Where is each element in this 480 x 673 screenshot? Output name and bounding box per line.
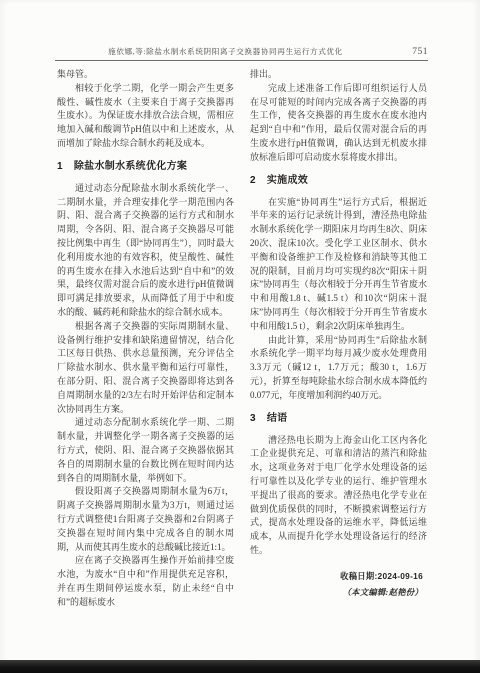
- paragraph: 相较于化学二期，化学一期会产生更多酸性、碱性废水（主要来自于离子交换器再生废水）…: [57, 82, 234, 151]
- left-column: 集母管。 相较于化学二期，化学一期会产生更多酸性、碱性废水（主要来自于离子交换器…: [57, 68, 234, 658]
- right-column: 排出。 完成上述准备工作后即可组织运行人员在尽可能短的时间内完成各离子交换器的再…: [250, 68, 427, 658]
- section-number: 3: [250, 413, 256, 424]
- section-heading-3: 3结语: [250, 413, 427, 425]
- paragraph: 完成上述准备工作后即可组织运行人员在尽可能短的时间内完成各离子交换器的再生工作，…: [250, 82, 427, 165]
- section-number: 2: [250, 175, 256, 186]
- paragraph: 由此计算，采用“协同再生”后除盐水制水系统化学一期平均每月减少废水处理费用3.3…: [250, 334, 427, 403]
- section-title: 结语: [267, 413, 288, 424]
- paragraph: 通过动态分配制水系统化学一期、二期制水量，并调整化学一期各离子交换器的运行方式，…: [57, 416, 234, 485]
- article-footer: 收稿日期:2024-09-16 （本文编辑:赵艳份）: [250, 570, 427, 599]
- editor-note: （本文编辑:赵艳份）: [250, 586, 423, 599]
- section-heading-1: 1除盐水制水系统优化方案: [57, 161, 234, 173]
- article-body: 集母管。 相较于化学二期，化学一期会产生更多酸性、碱性废水（主要来自于离子交换器…: [57, 68, 427, 658]
- page-number: 751: [394, 47, 428, 57]
- paragraph: 根据各离子交换器的实际周期制水量、设备例行维护安排和缺陷遗留情况，结合化工区每日…: [57, 320, 234, 417]
- paragraph-continuation: 排出。: [250, 68, 427, 82]
- journal-page: 施依娜,等:除盐水制水系统阴阳离子交换器协同再生运行方式优化 751 集母管。 …: [0, 0, 480, 673]
- paragraph-continuation: 集母管。: [57, 68, 234, 82]
- section-title: 除盐水制水系统优化方案: [74, 161, 187, 172]
- paragraph: 通过动态分配除盐水制水系统化学一、二期制水量，并合理安排化学一期范围内各阴、阳、…: [57, 182, 234, 320]
- received-date: 收稿日期:2024-09-16: [250, 570, 423, 583]
- paragraph: 漕泾热电长期为上海金山化工区内各化工企业提供充足、可靠和清洁的蒸汽和除盐水，这项…: [250, 434, 427, 558]
- section-number: 1: [57, 161, 63, 172]
- header-rule: [55, 60, 428, 61]
- section-heading-2: 2实施成效: [250, 175, 427, 187]
- section-title: 实施成效: [267, 175, 308, 186]
- paragraph: 在实施“协同再生”运行方式后，根据近半年来的运行记录统计得到，漕泾热电除盐水制水…: [250, 196, 427, 334]
- running-header: 施依娜,等:除盐水制水系统阴阳离子交换器协同再生运行方式优化 751: [57, 46, 428, 57]
- paragraph: 假设阳离子交换器周期制水量为6万t，阴离子交换器周期制水量为3万t，则通过运行方…: [57, 485, 234, 554]
- paragraph: 应在离子交换器再生操作开始前排空废水池，为废水“自中和”作用提供充足容积，并在再…: [57, 554, 234, 609]
- scan-bottom-bar: [0, 660, 480, 673]
- running-title: 施依娜,等:除盐水制水系统阴阳离子交换器协同再生运行方式优化: [57, 46, 394, 57]
